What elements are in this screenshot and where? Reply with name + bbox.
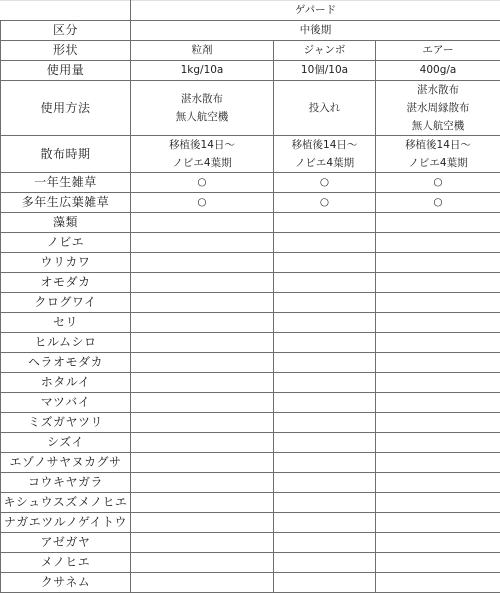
efficacy-mark: [274, 233, 376, 253]
efficacy-mark: ○: [131, 173, 274, 193]
method-air: 湛水散布 湛水周縁散布 無人航空機: [376, 81, 500, 136]
product-row: ゲパード: [1, 1, 500, 21]
category-label: 区分: [1, 21, 131, 41]
method-line: 湛水散布: [376, 81, 500, 99]
efficacy-mark: [274, 213, 376, 233]
form-label: 形状: [1, 41, 131, 61]
efficacy-mark: [376, 213, 500, 233]
efficacy-mark: [376, 513, 500, 533]
efficacy-mark: [376, 433, 500, 453]
efficacy-mark: [274, 573, 376, 593]
weed-name: セリ: [1, 313, 131, 333]
weed-row: マツバイ: [1, 393, 500, 413]
weed-name: ホタルイ: [1, 373, 131, 393]
efficacy-mark: [376, 233, 500, 253]
efficacy-mark: [376, 493, 500, 513]
efficacy-mark: [376, 373, 500, 393]
herbicide-table: ゲパード 区分 中後期 形状 粒剤 ジャンボ エアー 使用量 1kg/10a 1…: [0, 0, 500, 593]
method-line: 無人航空機: [376, 117, 500, 135]
category-row: 区分 中後期: [1, 21, 500, 41]
weed-row: セリ: [1, 313, 500, 333]
timing-line: ノビエ4葉期: [131, 154, 273, 172]
efficacy-mark: [274, 333, 376, 353]
efficacy-mark: [274, 453, 376, 473]
efficacy-mark: [376, 573, 500, 593]
method-row: 使用方法 湛水散布 無人航空機 投入れ 湛水散布 湛水周縁散布 無人航空機: [1, 81, 500, 136]
efficacy-mark: [274, 553, 376, 573]
weed-name: エゾノサヤヌカグサ: [1, 453, 131, 473]
efficacy-mark: [376, 413, 500, 433]
weed-name: シズイ: [1, 433, 131, 453]
efficacy-mark: [131, 513, 274, 533]
weed-row: オモダカ: [1, 273, 500, 293]
weed-row: ヘラオモダカ: [1, 353, 500, 373]
efficacy-mark: [131, 313, 274, 333]
weed-row: ノビエ: [1, 233, 500, 253]
efficacy-mark: [274, 393, 376, 413]
weed-name: 藻類: [1, 213, 131, 233]
efficacy-mark: [131, 453, 274, 473]
method-line: 湛水散布: [131, 90, 273, 108]
dosage-label: 使用量: [1, 61, 131, 81]
timing-granule: 移植後14日～ ノビエ4葉期: [131, 136, 274, 173]
efficacy-mark: [274, 413, 376, 433]
efficacy-mark: [376, 253, 500, 273]
method-line: 湛水周縁散布: [376, 99, 500, 117]
efficacy-mark: [376, 293, 500, 313]
weed-row: ヒルムシロ: [1, 333, 500, 353]
efficacy-mark: [131, 433, 274, 453]
weed-name: クサネム: [1, 573, 131, 593]
efficacy-mark: [274, 433, 376, 453]
efficacy-mark: [131, 553, 274, 573]
weed-row: クサネム: [1, 573, 500, 593]
method-label: 使用方法: [1, 81, 131, 136]
weed-row: キシュウスズメノヒエ: [1, 493, 500, 513]
weed-name: クログワイ: [1, 293, 131, 313]
weed-name: ウリカワ: [1, 253, 131, 273]
weed-row: 多年生広葉雑草○○○: [1, 193, 500, 213]
timing-label: 散布時期: [1, 136, 131, 173]
weed-name: オモダカ: [1, 273, 131, 293]
efficacy-mark: [131, 333, 274, 353]
efficacy-mark: [376, 393, 500, 413]
efficacy-mark: [274, 353, 376, 373]
method-line: 無人航空機: [131, 108, 273, 126]
timing-line: ノビエ4葉期: [274, 154, 375, 172]
efficacy-mark: ○: [376, 173, 500, 193]
method-jumbo: 投入れ: [274, 81, 376, 136]
weed-row: 藻類: [1, 213, 500, 233]
weed-row: クログワイ: [1, 293, 500, 313]
weed-name: マツバイ: [1, 393, 131, 413]
timing-line: 移植後14日～: [376, 136, 500, 154]
efficacy-mark: [131, 413, 274, 433]
efficacy-mark: [131, 293, 274, 313]
weed-name: 一年生雑草: [1, 173, 131, 193]
efficacy-mark: [274, 493, 376, 513]
weed-name: ナガエツルノゲイトウ: [1, 513, 131, 533]
timing-air: 移植後14日～ ノビエ4葉期: [376, 136, 500, 173]
efficacy-mark: [376, 453, 500, 473]
efficacy-mark: [274, 533, 376, 553]
weed-name: アゼガヤ: [1, 533, 131, 553]
dosage-air: 400g/a: [376, 61, 500, 81]
efficacy-mark: ○: [131, 193, 274, 213]
weed-name: ノビエ: [1, 233, 131, 253]
weed-row: ホタルイ: [1, 373, 500, 393]
efficacy-mark: ○: [274, 173, 376, 193]
weed-row: アゼガヤ: [1, 533, 500, 553]
efficacy-mark: [131, 573, 274, 593]
efficacy-mark: [131, 473, 274, 493]
efficacy-mark: [274, 313, 376, 333]
efficacy-mark: [131, 213, 274, 233]
efficacy-mark: [131, 253, 274, 273]
dosage-row: 使用量 1kg/10a 10個/10a 400g/a: [1, 61, 500, 81]
timing-row: 散布時期 移植後14日～ ノビエ4葉期 移植後14日～ ノビエ4葉期 移植後14…: [1, 136, 500, 173]
efficacy-mark: ○: [274, 193, 376, 213]
weed-row: エゾノサヤヌカグサ: [1, 453, 500, 473]
category-value: 中後期: [131, 21, 500, 41]
timing-line: 移植後14日～: [131, 136, 273, 154]
weed-row: 一年生雑草○○○: [1, 173, 500, 193]
weed-name: ミズガヤツリ: [1, 413, 131, 433]
efficacy-mark: [274, 253, 376, 273]
weed-name: キシュウスズメノヒエ: [1, 493, 131, 513]
efficacy-mark: [131, 353, 274, 373]
efficacy-mark: ○: [376, 193, 500, 213]
efficacy-mark: [376, 553, 500, 573]
efficacy-mark: [274, 473, 376, 493]
product-name: ゲパード: [131, 1, 500, 21]
weed-name: ヘラオモダカ: [1, 353, 131, 373]
efficacy-mark: [274, 273, 376, 293]
efficacy-mark: [376, 533, 500, 553]
efficacy-mark: [376, 353, 500, 373]
efficacy-mark: [274, 513, 376, 533]
form-jumbo: ジャンボ: [274, 41, 376, 61]
weed-name: 多年生広葉雑草: [1, 193, 131, 213]
corner-cell: [1, 1, 131, 21]
efficacy-mark: [376, 273, 500, 293]
efficacy-mark: [131, 233, 274, 253]
method-line: 投入れ: [274, 99, 375, 117]
efficacy-mark: [131, 393, 274, 413]
weed-row: ミズガヤツリ: [1, 413, 500, 433]
weed-row: ナガエツルノゲイトウ: [1, 513, 500, 533]
weed-name: メノヒエ: [1, 553, 131, 573]
dosage-jumbo: 10個/10a: [274, 61, 376, 81]
method-granule: 湛水散布 無人航空機: [131, 81, 274, 136]
weed-name: コウキヤガラ: [1, 473, 131, 493]
efficacy-mark: [376, 473, 500, 493]
weed-row: メノヒエ: [1, 553, 500, 573]
efficacy-mark: [131, 273, 274, 293]
efficacy-mark: [131, 533, 274, 553]
efficacy-mark: [376, 313, 500, 333]
timing-line: ノビエ4葉期: [376, 154, 500, 172]
form-row: 形状 粒剤 ジャンボ エアー: [1, 41, 500, 61]
efficacy-mark: [376, 333, 500, 353]
form-air: エアー: [376, 41, 500, 61]
efficacy-mark: [131, 493, 274, 513]
timing-line: 移植後14日～: [274, 136, 375, 154]
form-granule: 粒剤: [131, 41, 274, 61]
weed-row: コウキヤガラ: [1, 473, 500, 493]
efficacy-mark: [274, 293, 376, 313]
efficacy-mark: [131, 373, 274, 393]
weed-row: ウリカワ: [1, 253, 500, 273]
weed-row: シズイ: [1, 433, 500, 453]
timing-jumbo: 移植後14日～ ノビエ4葉期: [274, 136, 376, 173]
dosage-granule: 1kg/10a: [131, 61, 274, 81]
efficacy-mark: [274, 373, 376, 393]
weed-name: ヒルムシロ: [1, 333, 131, 353]
